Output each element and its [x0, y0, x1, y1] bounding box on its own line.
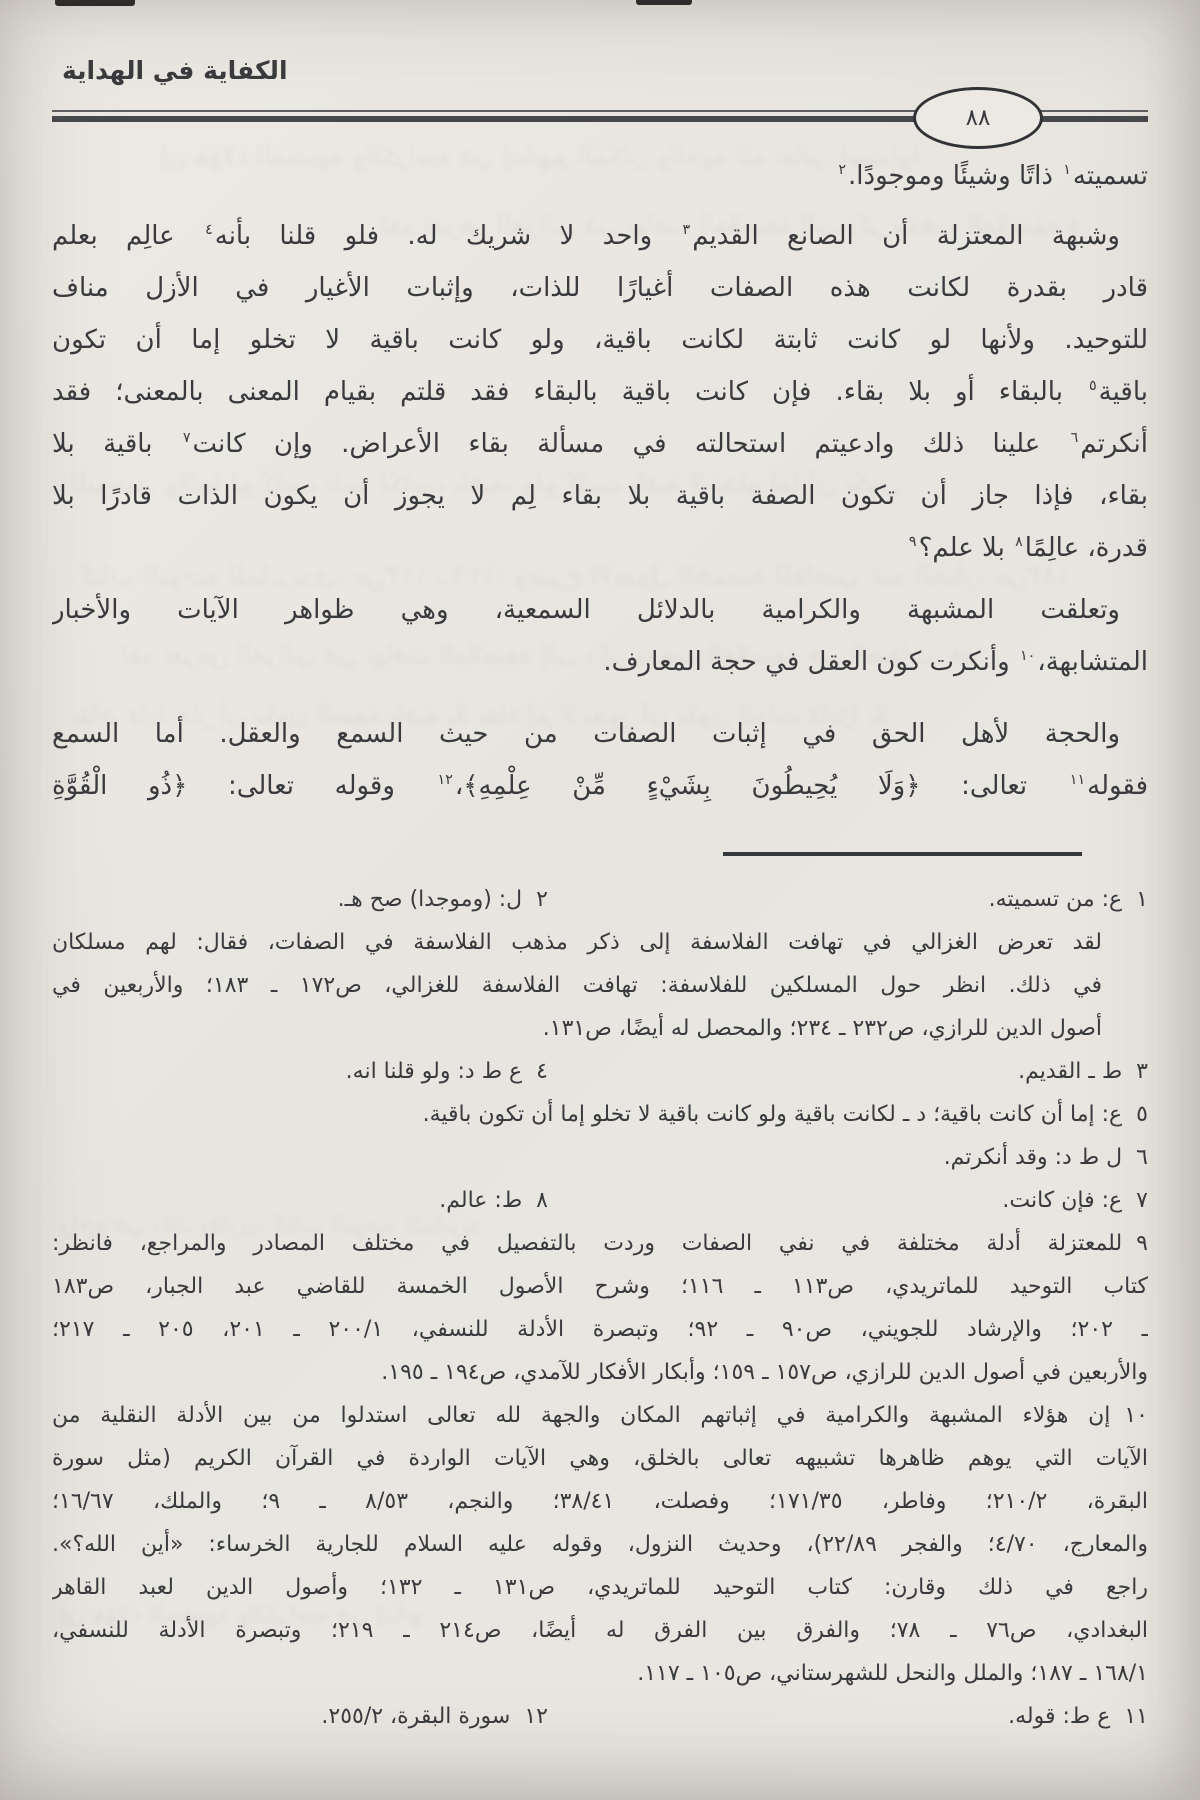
footnote-item: ٤ع ط د: ولو قلنا انه. [52, 1050, 548, 1093]
footnote-item: ٩للمعتزلة أدلة مختلفة في نفي الصفات وردت… [52, 1222, 1148, 1265]
page-number-cartouche: ٨٨ [913, 87, 1043, 149]
footnote-number: ٢ [536, 878, 548, 921]
body-paragraph: تسميته١ ذاتًا وشيئًا وموجودًا.٢ [52, 150, 1148, 202]
footnote-item: ٢ل: (وموجدا) صح هـ. [52, 878, 548, 921]
footnote-item: ١٢سورة البقرة، ٢٥٥/٢. [52, 1695, 548, 1738]
footnote-continuation-line: كتاب التوحيد للماتريدي، ص١١٣ ـ ١١٦؛ وشرح… [52, 1265, 1148, 1308]
footnote-text: والأربعين في أصول الدين للرازي، ص١٥٧ ـ ١… [381, 1360, 1148, 1385]
footnote-text: والمعارج، ٤/٧٠؛ والفجر ٢٢/٨٩)، وحديث الن… [52, 1532, 1148, 1557]
footnote-item: ١١ع ط: قوله. [548, 1695, 1148, 1738]
book-page: إن هؤلاء المشبهة والكرامية في إثباتهم ال… [0, 0, 1200, 1800]
footnote-text: ١٦٨/١ ـ ١٨٧؛ والملل والنحل للشهرستاني، ص… [637, 1661, 1148, 1686]
footnote-text: ل: (وموجدا) صح هـ. [338, 887, 523, 912]
body-line: والحجة لأهل الحق في إثبات الصفات من حيث … [52, 708, 1148, 760]
footnote-text: ع ط: قوله. [1008, 1704, 1110, 1729]
body-paragraph: والحجة لأهل الحق في إثبات الصفات من حيث … [52, 708, 1148, 812]
footnote-number: ٧ [1136, 1179, 1148, 1222]
footnote-continuation-line: البقرة، ٢١٠/٢؛ وفاطر، ١٧١/٣٥؛ وفصلت، ٣٨/… [52, 1480, 1148, 1523]
body-line: وتعلقت المشبهة والكرامية بالدلائل السمعي… [52, 584, 1148, 636]
body-paragraph: وشبهة المعتزلة أن الصانع القديم٣ واحد لا… [52, 210, 1148, 574]
footnote-continuation-line: لقد تعرض الغزالي في تهافت الفلاسفة إلى ذ… [52, 921, 1148, 964]
footnote-number: ١١ [1124, 1695, 1148, 1738]
footnote-marker: ١٢ [438, 772, 453, 788]
footnote-text: ل ط د: وقد أنكرتم. [944, 1145, 1122, 1170]
footnote-marker: ٥ [1089, 378, 1097, 394]
body-line: أنكرتم٦ علينا ذلك وادعيتم استحالته في مس… [52, 418, 1148, 470]
footnote-continuation-line: والأربعين في أصول الدين للرازي، ص١٥٧ ـ ١… [52, 1351, 1148, 1394]
footnote-continuation-line: والمعارج، ٤/٧٠؛ والفجر ٢٢/٨٩)، وحديث الن… [52, 1523, 1148, 1566]
footnote-number: ٥ [1136, 1093, 1148, 1136]
footnote-text: البغدادي، ص٧٦ ـ ٧٨؛ والفرق بين الفرق له … [52, 1618, 1148, 1643]
footnote-marker: ٤ [205, 222, 213, 238]
footnote-row: ١١ع ط: قوله.١٢سورة البقرة، ٢٥٥/٢. [52, 1695, 1148, 1738]
body-line: بقاء، فإذا جاز أن تكون الصفة باقية بلا ب… [52, 470, 1148, 522]
footnote-number: ١٢ [524, 1695, 548, 1738]
footnote-text: سورة البقرة، ٢٥٥/٢. [321, 1704, 510, 1729]
footnote-marker: ٨ [1015, 534, 1023, 550]
scan-artifact-top-center [636, 0, 692, 5]
footnote-text: راجع في ذلك وقارن: كتاب التوحيد للماتريد… [52, 1575, 1148, 1600]
footnote-number: ٣ [1136, 1050, 1148, 1093]
body-line: فقوله١١ تعالى: ﴿وَلَا يُحِيطُونَ بِشَيْء… [52, 760, 1148, 812]
footnote-item: ١ع: من تسميته. [548, 878, 1148, 921]
footnote-continuation-line: في ذلك. انظر حول المسلكين للفلاسفة: تهاف… [52, 964, 1148, 1007]
footnote-number: ٤ [536, 1050, 548, 1093]
footnote-text: ط ـ القديم. [1018, 1059, 1122, 1084]
footnote-number: ١ [1136, 878, 1148, 921]
body-line: قادر بقدرة لكانت هذه الصفات أغيارًا للذا… [52, 262, 1148, 314]
footnote-marker: ٦ [1071, 430, 1079, 446]
footnote-text: ع: من تسميته. [989, 887, 1123, 912]
page-number: ٨٨ [966, 105, 991, 131]
footnote-item: ١٠إن هؤلاء المشبهة والكرامية في إثباتهم … [52, 1394, 1148, 1437]
footnote-continuation-line: البغدادي، ص٧٦ ـ ٧٨؛ والفرق بين الفرق له … [52, 1609, 1148, 1652]
footnote-marker: ٢ [838, 162, 846, 178]
footnote-row: ١ع: من تسميته.٢ل: (وموجدا) صح هـ. [52, 878, 1148, 921]
body-paragraph: وتعلقت المشبهة والكرامية بالدلائل السمعي… [52, 584, 1148, 688]
footnote-number: ٩ [1136, 1222, 1148, 1265]
footnote-text: البقرة، ٢١٠/٢؛ وفاطر، ١٧١/٣٥؛ وفصلت، ٣٨/… [52, 1489, 1148, 1514]
body-line: المتشابهة،١٠ وأنكرت كون العقل في حجة الم… [52, 636, 1148, 688]
body-line: تسميته١ ذاتًا وشيئًا وموجودًا.٢ [52, 150, 1148, 202]
footnote-text: ع: إما أن كانت باقية؛ د ـ لكانت باقية ول… [423, 1102, 1123, 1127]
body-line: باقية٥ بالبقاء أو بلا بقاء. فإن كانت باق… [52, 366, 1148, 418]
footnote-text: ع ط د: ولو قلنا انه. [346, 1059, 523, 1084]
footnote-marker: ١١ [1070, 772, 1085, 788]
footnote-marker: ٣ [683, 222, 691, 238]
footnote-text: إن هؤلاء المشبهة والكرامية في إثباتهم ال… [52, 1403, 1110, 1428]
footnote-item: ٥ع: إما أن كانت باقية؛ د ـ لكانت باقية و… [52, 1093, 1148, 1136]
footnote-row: ٣ط ـ القديم.٤ع ط د: ولو قلنا انه. [52, 1050, 1148, 1093]
footnote-text: ـ ٢٠٢؛ والإرشاد للجويني، ص٩٠ ـ ٩٢؛ وتبصر… [52, 1317, 1148, 1342]
footnote-text: للمعتزلة أدلة مختلفة في نفي الصفات وردت … [52, 1231, 1122, 1256]
footnotes: ١ع: من تسميته.٢ل: (وموجدا) صح هـ.لقد تعر… [52, 878, 1148, 1738]
footnote-text: ع: فإن كانت. [1002, 1188, 1122, 1213]
scan-artifact-top-left [55, 0, 135, 6]
body-line: قدرة، عالِمًا٨ بلا علم؟٩ [52, 522, 1148, 574]
footnote-separator [723, 852, 1082, 856]
footnote-row: ٧ع: فإن كانت.٨ط: عالم. [52, 1179, 1148, 1222]
footnote-number: ٨ [536, 1179, 548, 1222]
footnote-text: ط: عالم. [439, 1188, 522, 1213]
footnote-text: كتاب التوحيد للماتريدي، ص١١٣ ـ ١١٦؛ وشرح… [52, 1274, 1148, 1299]
body-text: تسميته١ ذاتًا وشيئًا وموجودًا.٢وشبهة الم… [52, 150, 1148, 812]
footnote-item: ٨ط: عالم. [52, 1179, 548, 1222]
footnote-continuation-line: ـ ٢٠٢؛ والإرشاد للجويني، ص٩٠ ـ ٩٢؛ وتبصر… [52, 1308, 1148, 1351]
footnote-continuation-line: راجع في ذلك وقارن: كتاب التوحيد للماتريد… [52, 1566, 1148, 1609]
footnote-marker: ١ [1063, 162, 1071, 178]
footnote-marker: ٧ [183, 430, 191, 446]
footnote-marker: ١٠ [1020, 648, 1035, 664]
footnote-item: ٦ل ط د: وقد أنكرتم. [52, 1136, 1148, 1179]
book-title: الكفاية في الهداية [62, 56, 288, 85]
footnote-continuation-line: أصول الدين للرازي، ص٢٣٢ ـ ٢٣٤؛ والمحصل ل… [52, 1007, 1148, 1050]
body-line: وشبهة المعتزلة أن الصانع القديم٣ واحد لا… [52, 210, 1148, 262]
footnote-number: ١٠ [1124, 1394, 1148, 1437]
footnote-item: ٣ط ـ القديم. [548, 1050, 1148, 1093]
footnote-item: ٧ع: فإن كانت. [548, 1179, 1148, 1222]
footnote-continuation-line: الآيات التي يوهم ظاهرها تشبيهه تعالى بال… [52, 1437, 1148, 1480]
footnote-continuation-line: ١٦٨/١ ـ ١٨٧؛ والملل والنحل للشهرستاني، ص… [52, 1652, 1148, 1695]
footnote-marker: ٩ [909, 534, 917, 550]
body-line: للتوحيد. ولأنها لو كانت ثابتة لكانت باقي… [52, 314, 1148, 366]
footnote-text: الآيات التي يوهم ظاهرها تشبيهه تعالى بال… [52, 1446, 1148, 1471]
footnote-number: ٦ [1136, 1136, 1148, 1179]
